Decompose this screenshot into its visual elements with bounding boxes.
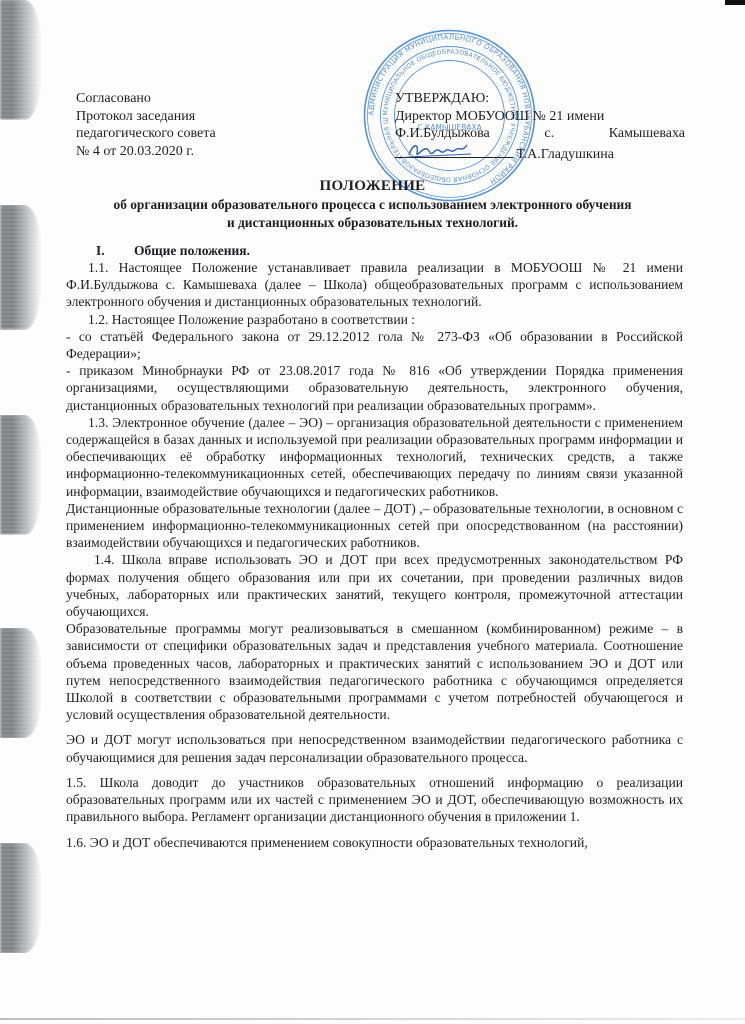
director-position: Директор МОБУООШ № 21 имени (395, 108, 685, 126)
document-subtitle-line1: об организации образовательного процесса… (60, 196, 685, 213)
protocol-label: Протокол заседания (76, 108, 216, 126)
paragraph-1-4: 1.4. Школа вправе использовать ЭО и ДОТ … (66, 551, 683, 620)
paragraph-1-2: 1.2. Настоящее Положение разработано в с… (66, 311, 683, 328)
agreed-label: Согласовано (76, 90, 216, 108)
signature-line (395, 143, 513, 158)
scan-smudge (0, 205, 42, 330)
document-title: ПОЛОЖЕНИЕ (60, 177, 685, 195)
paragraph-order-reference: - приказом Минобрнауки РФ от 23.08.2017 … (66, 362, 683, 414)
paragraph-1-3: 1.3. Электронное обучение (далее – ЭО) –… (66, 414, 683, 500)
village-prefix: с. (544, 125, 554, 143)
scan-smudge (0, 843, 42, 953)
paragraph-law-reference: - со статьёй Федерального закона от 29.1… (66, 328, 683, 362)
village-name: Камышеваха (609, 125, 685, 143)
signature-row: Т.А.Гладушкина (395, 143, 685, 164)
scan-smudge (0, 0, 42, 120)
paragraph-1-1: 1.1. Настоящее Положение устанавливает п… (66, 259, 683, 311)
paragraph-1-5: 1.5. Школа доводит до участников образов… (66, 774, 683, 826)
scan-corner-mark (725, 0, 745, 5)
approved-heading: УТВЕРЖДАЮ: (395, 90, 685, 108)
document-title-block: ПОЛОЖЕНИЕ об организации образовательног… (60, 177, 685, 231)
scan-smudge (0, 628, 42, 738)
section-heading: I.Общие положения. (96, 243, 250, 259)
protocol-number-date: № 4 от 20.03.2020 г. (76, 143, 216, 161)
agreed-block: Согласовано Протокол заседания педагогич… (76, 90, 216, 160)
paragraph-dot-definition: Дистанционные образовательные технологии… (66, 500, 683, 552)
document-body: 1.1. Настоящее Положение устанавливает п… (66, 259, 683, 851)
scan-smudge (0, 415, 42, 535)
document-subtitle-line2: и дистанционных образовательных технолог… (60, 214, 685, 231)
paragraph-1-6: 1.6. ЭО и ДОТ обеспечиваются применением… (66, 834, 683, 851)
section-title: Общие положения. (134, 243, 250, 258)
paragraph-personalization: ЭО и ДОТ могут использоваться при непоср… (66, 731, 683, 765)
scanned-document-page: Согласовано Протокол заседания педагогич… (0, 0, 745, 1024)
section-number: I. (96, 243, 134, 259)
signatory-name: Т.А.Гладушкина (517, 147, 614, 162)
approved-block: УТВЕРЖДАЮ: Директор МОБУООШ № 21 имени Ф… (395, 90, 685, 163)
handwritten-signature-icon (405, 139, 475, 161)
council-label: педагогического совета (76, 125, 216, 143)
paragraph-mixed-mode: Образовательные программы могут реализов… (66, 620, 683, 723)
page-bottom-edge (0, 1018, 745, 1020)
